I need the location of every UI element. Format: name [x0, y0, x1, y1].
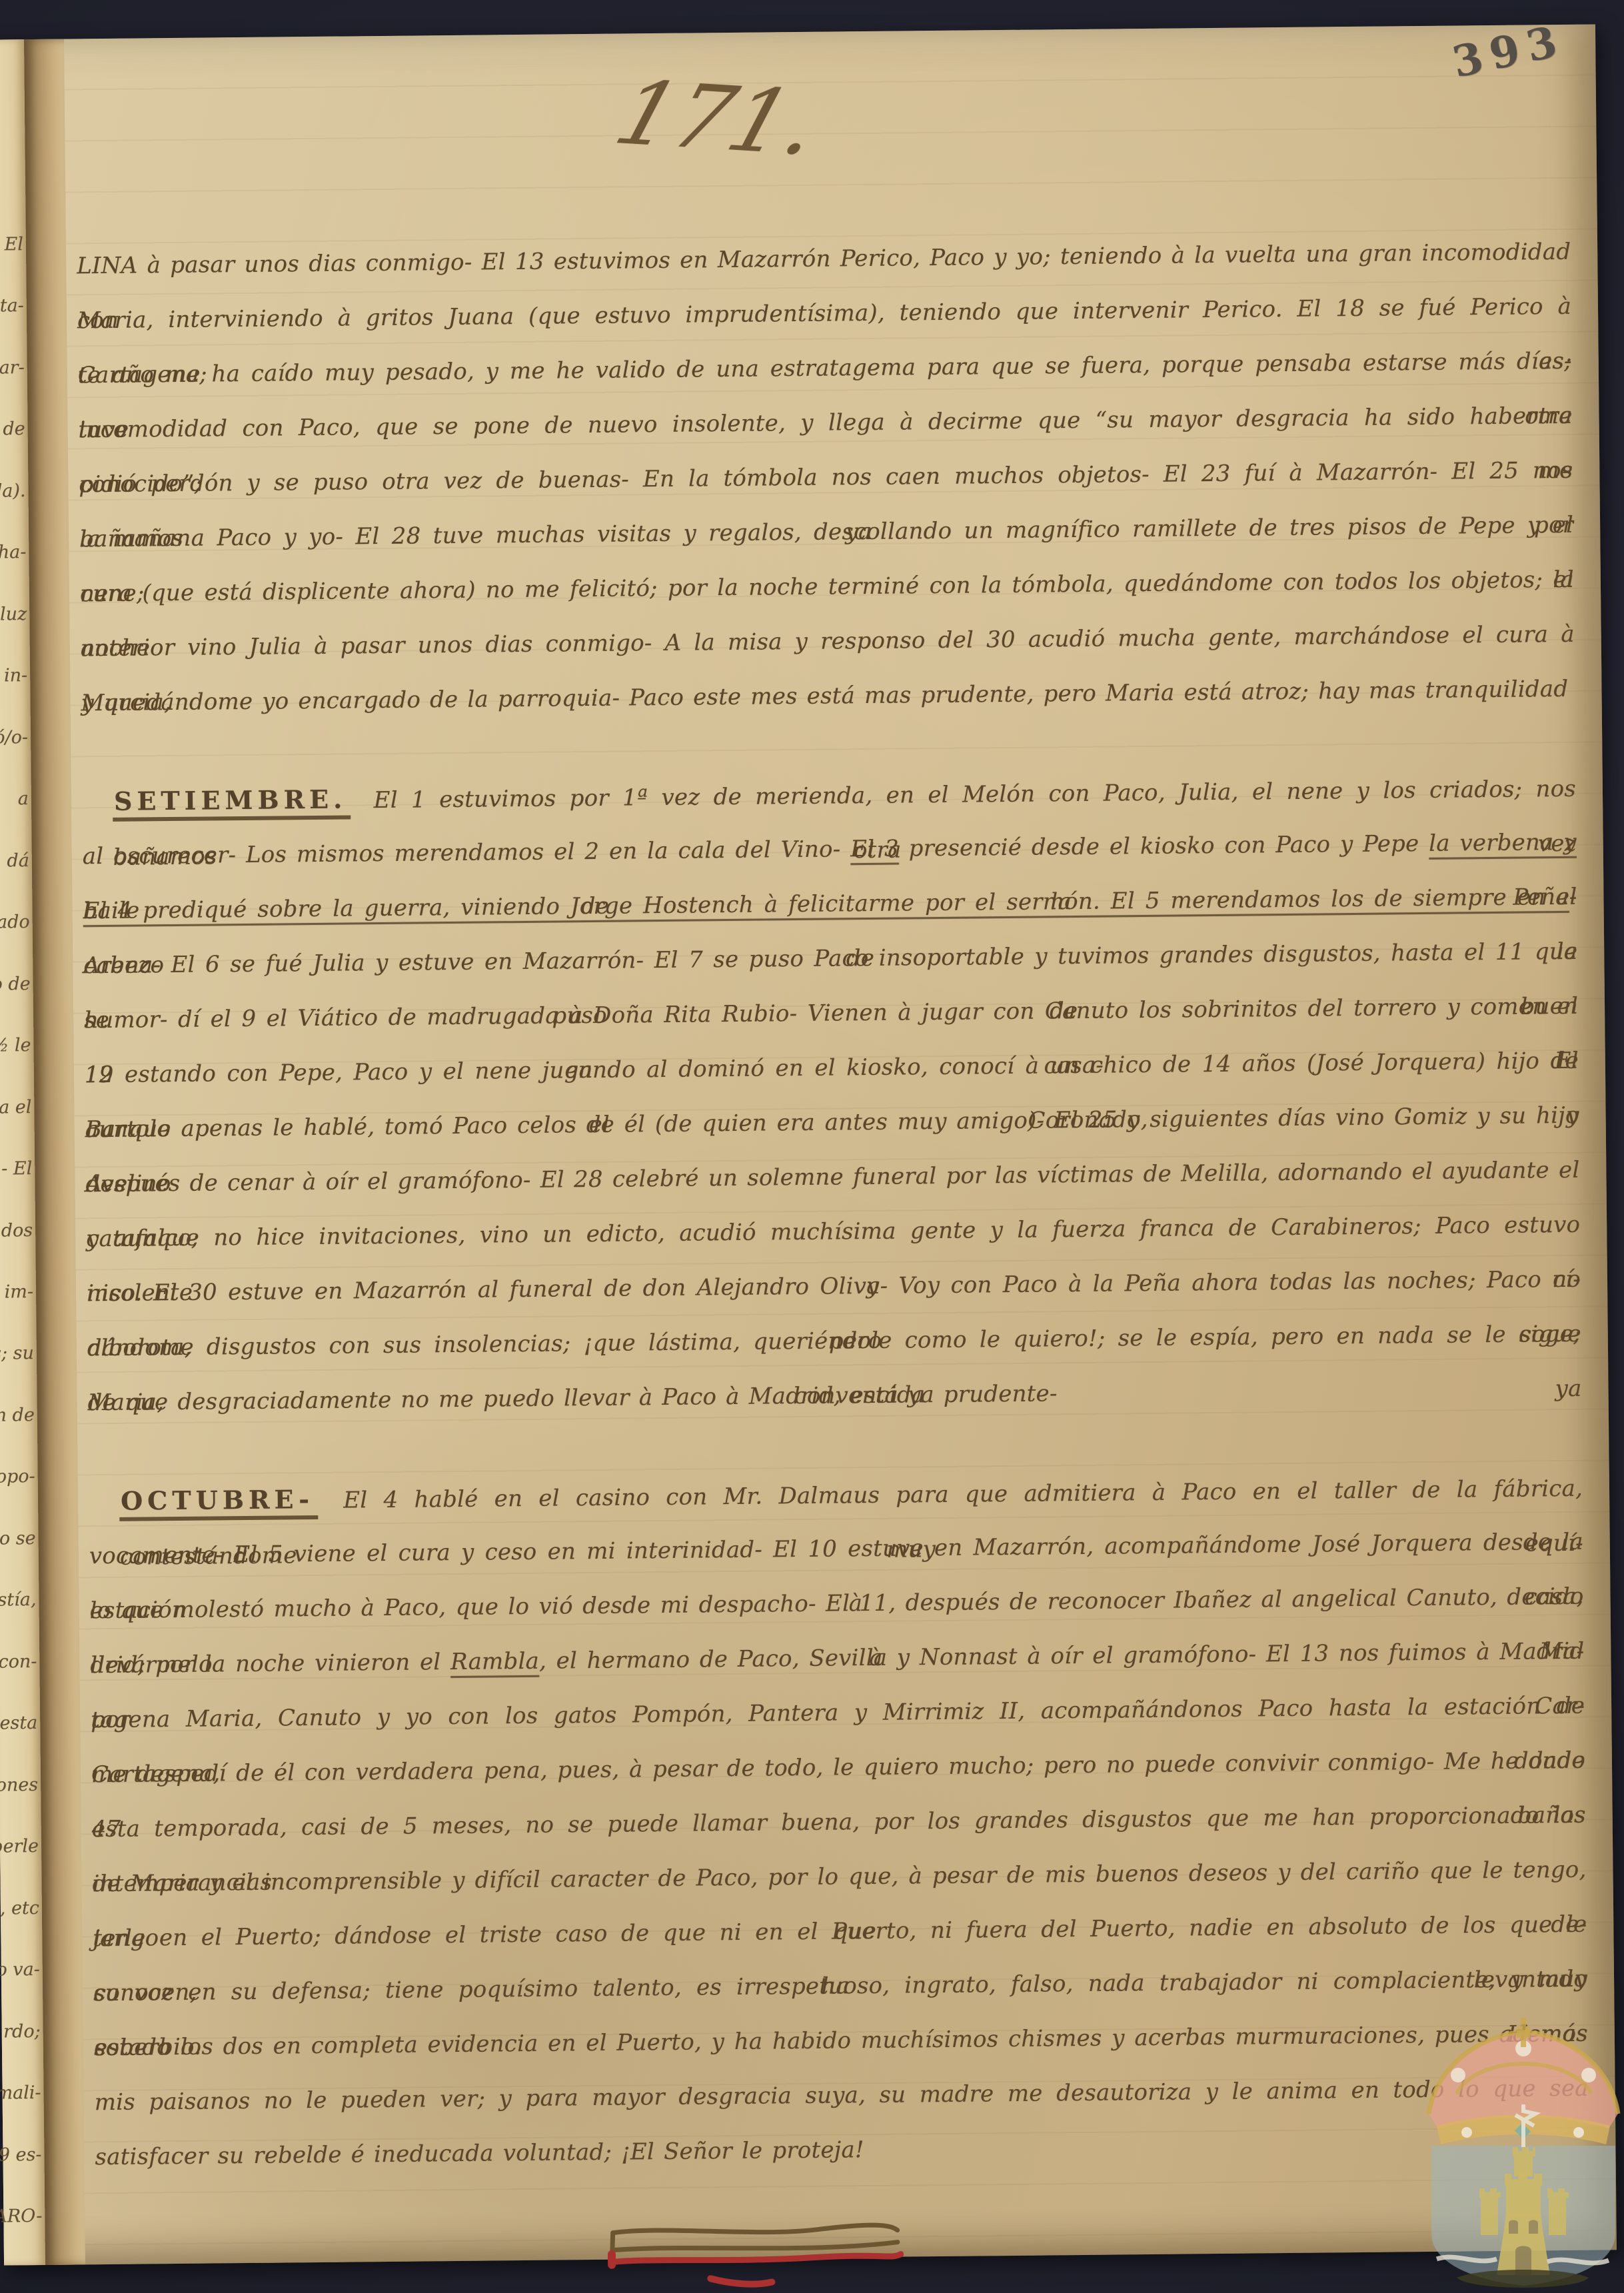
margin-fragment: i in- — [0, 665, 27, 686]
diary-entry: OCTUBRE- El 4 hablé en el casino con Mr.… — [89, 1460, 1589, 2184]
underlined-phrase: Rambla — [450, 1648, 539, 1675]
margin-fragment: ha- — [0, 542, 27, 562]
diary-entry: SETIEMBRE. El 1 estuvimos por 1ª vez de … — [82, 760, 1582, 1430]
margin-fragment: - El — [1, 1158, 32, 1179]
margin-fragment: co se — [0, 1528, 36, 1549]
margin-fragment: o de — [0, 974, 31, 995]
text-segment: de que desgraciadamente no me puedo llev… — [87, 1380, 1057, 1416]
margin-fragment: ción de — [0, 1405, 35, 1426]
margin-fragment: de — [3, 419, 25, 440]
margin-fragment: uesta — [0, 1713, 37, 1734]
margin-fragment: es, etc — [0, 1898, 39, 1919]
text-segment: al oscurecer- Los mismos merendamos el 2… — [83, 836, 851, 870]
margin-fragment: CARO- — [0, 2206, 43, 2227]
end-flourish — [603, 2218, 904, 2293]
text-segment: mis paisanos no le pueden ver; y para ma… — [95, 2075, 1589, 2116]
crown-castle-stamp-icon — [1417, 2014, 1624, 2293]
text-segment: y quedándome yo encargado de la parroqui… — [81, 676, 1568, 716]
margin-fragment: El — [4, 234, 23, 255]
diary-text: LINA à pasar unos dias conmigo- El 13 es… — [77, 225, 1589, 2184]
margin-fragment: cristía, — [0, 1589, 37, 1611]
margin-fragment: a el — [0, 1097, 32, 1118]
text-segment: satisfacer su rebelde é ineducada volunt… — [95, 2136, 864, 2170]
margin-fragment: ar- — [0, 357, 25, 378]
month-heading: OCTUBRE- — [119, 1484, 318, 1521]
margin-fragment: os; su — [0, 1343, 34, 1364]
handwritten-page-number: 171. — [604, 63, 832, 175]
margin-fragment: iones — [0, 1775, 38, 1796]
margin-fragment: ya con- — [0, 1651, 37, 1673]
scanned-manuscript-photo: { "photo": { "backdrop_color": "#232430"… — [0, 0, 1624, 2293]
text-segment: estado los dos en completa evidencia en … — [94, 2020, 1588, 2062]
text-segment: presencié desde el kiosko con Paco y Pep… — [899, 830, 1429, 862]
margin-fragment: ado — [0, 912, 30, 932]
manuscript-page: Eluta-ar-deada).ha-luzi in-ó/o-adáadoo d… — [0, 24, 1617, 2265]
diary-entry: LINA à pasar unos dias conmigo- El 13 es… — [77, 225, 1575, 730]
text-segment: drid; por la noche vinieron el — [90, 1649, 450, 1679]
margin-fragment: ada). — [0, 480, 26, 502]
margin-fragment: rdo; — [3, 2021, 41, 2042]
margin-fragment: mali- — [0, 2082, 41, 2104]
margin-fragment: ½ le — [0, 1035, 31, 1056]
margin-fragment: a opo- — [0, 1466, 35, 1487]
margin-fragment: ó/o- — [0, 727, 28, 748]
month-heading: SETIEMBRE. — [113, 784, 351, 821]
margin-fragment: luz — [0, 604, 27, 624]
margin-fragment: l 9 es- — [0, 2144, 42, 2166]
margin-fragment: o va- — [0, 1959, 40, 1980]
margin-fragment: uta- — [0, 296, 24, 317]
margin-fragment: r dos — [0, 1220, 33, 1241]
margin-fragment: a — [18, 788, 29, 809]
margin-fragment: r im- — [0, 1281, 33, 1303]
margin-fragment: berle — [0, 1836, 39, 1857]
margin-fragment: dá — [7, 850, 29, 871]
underlined-phrase: El 3 — [850, 836, 899, 863]
